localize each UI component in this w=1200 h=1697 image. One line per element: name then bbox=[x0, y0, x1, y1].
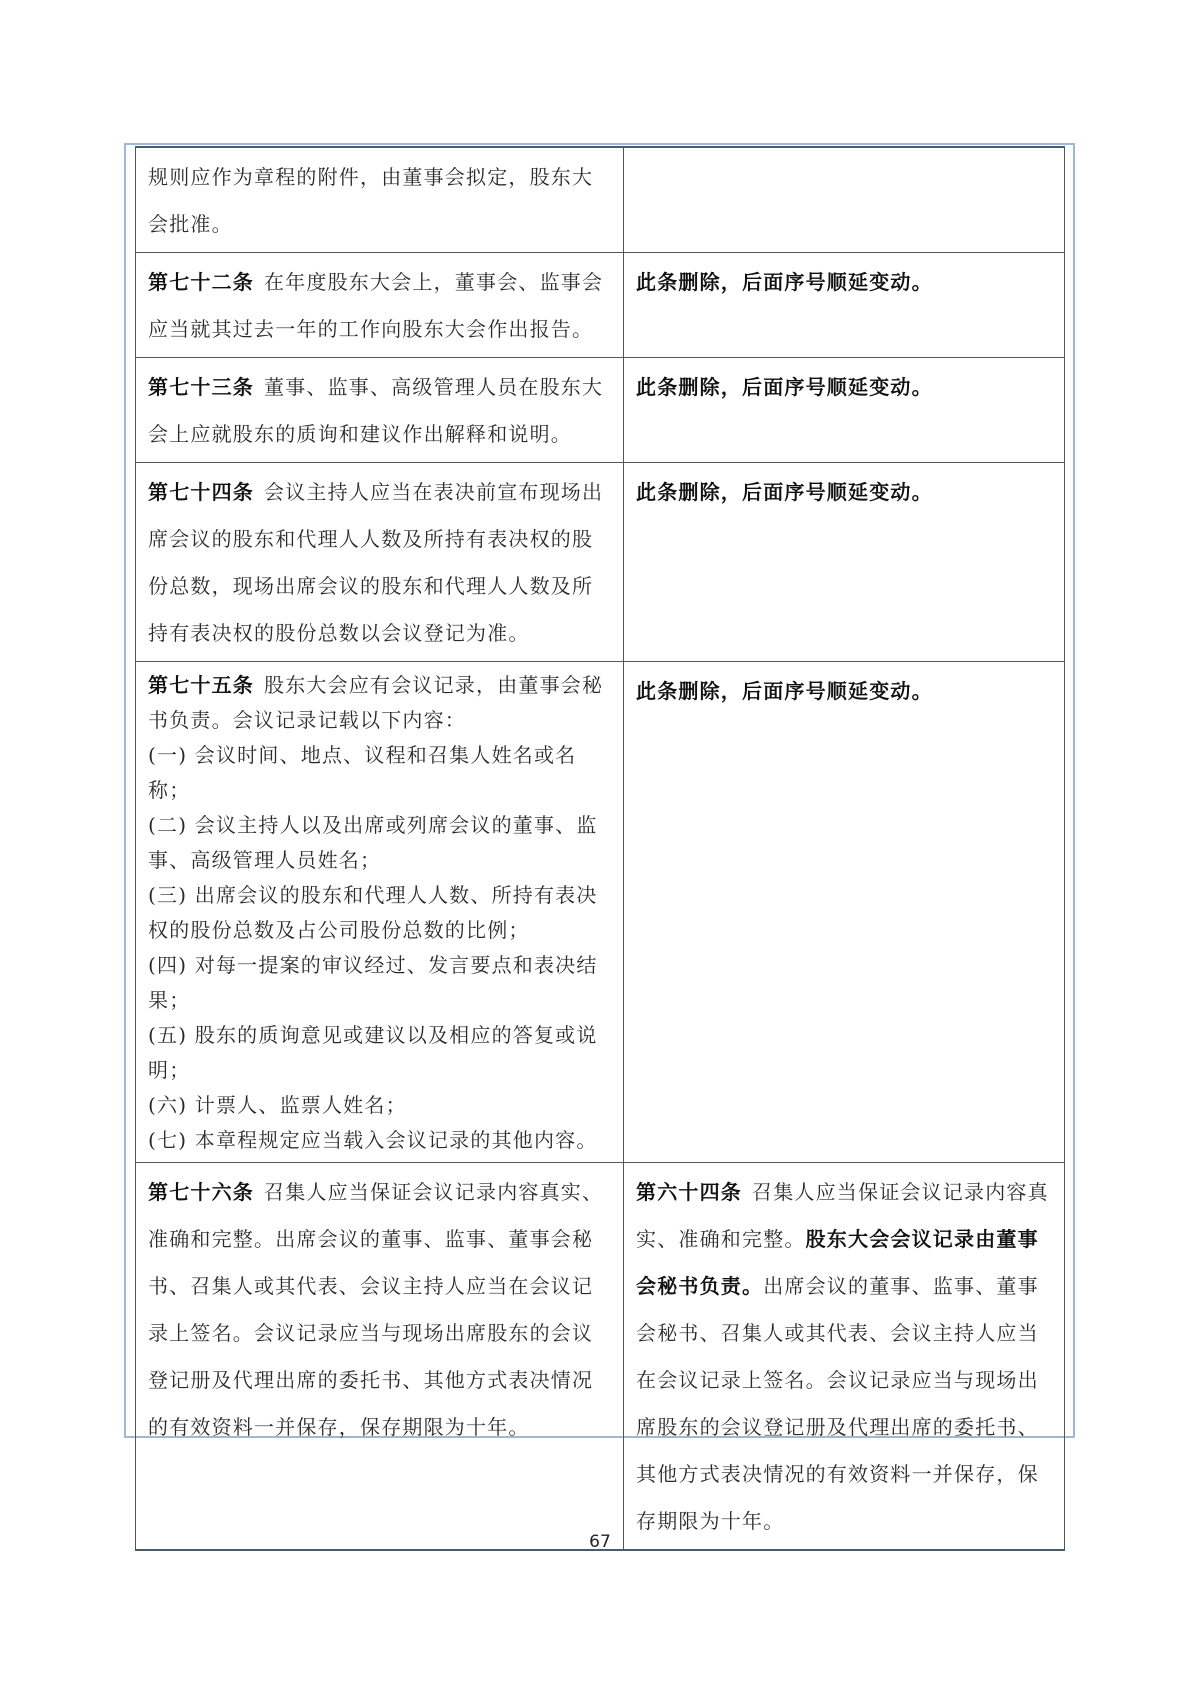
clause-text: 规则应作为章程的附件，由董事会拟定，股东大会批准。 bbox=[148, 165, 593, 236]
article-number: 第六十四条 bbox=[636, 1180, 742, 1204]
deletion-note: 此条删除，后面序号顺延变动。 bbox=[636, 480, 933, 504]
deletion-note: 此条删除，后面序号顺延变动。 bbox=[636, 270, 933, 294]
table-row: 第七十三条董事、监事、高级管理人员在股东大会上应就股东的质询和建议作出解释和说明… bbox=[136, 358, 1065, 463]
revised-clause-cell: 第六十四条召集人应当保证会议记录内容真实、准确和完整。股东大会会议记录由董事会秘… bbox=[624, 1163, 1065, 1551]
list-item: (一) 会议时间、地点、议程和召集人姓名或名称； bbox=[148, 738, 613, 808]
deletion-note: 此条删除，后面序号顺延变动。 bbox=[636, 679, 933, 703]
revised-clause-cell: 此条删除，后面序号顺延变动。 bbox=[624, 463, 1065, 662]
article-number: 第七十二条 bbox=[148, 270, 254, 294]
original-clause-cell: 规则应作为章程的附件，由董事会拟定，股东大会批准。 bbox=[136, 147, 624, 253]
clause-text: 召集人应当保证会议记录内容真实、准确和完整。出席会议的董事、监事、董事会秘书、召… bbox=[148, 1180, 603, 1439]
clause-text: 会议主持人应当在表决前宣布现场出席会议的股东和代理人人数及所持有表决权的股份总数… bbox=[148, 480, 603, 645]
article-number: 第七十五条 bbox=[148, 673, 254, 697]
original-clause-cell: 第七十三条董事、监事、高级管理人员在股东大会上应就股东的质询和建议作出解释和说明… bbox=[136, 358, 624, 463]
article-number: 第七十六条 bbox=[148, 1180, 254, 1204]
revised-clause-cell: 此条删除，后面序号顺延变动。 bbox=[624, 662, 1065, 1163]
table-row: 第七十五条股东大会应有会议记录，由董事会秘书负责。会议记录记载以下内容： (一)… bbox=[136, 662, 1065, 1163]
list-item: (五) 股东的质询意见或建议以及相应的答复或说明； bbox=[148, 1018, 613, 1088]
list-item: (四) 对每一提案的审议经过、发言要点和表决结果； bbox=[148, 948, 613, 1018]
original-clause-cell: 第七十五条股东大会应有会议记录，由董事会秘书负责。会议记录记载以下内容： (一)… bbox=[136, 662, 624, 1163]
list-item: (三) 出席会议的股东和代理人人数、所持有表决权的股份总数及占公司股份总数的比例… bbox=[148, 878, 613, 948]
page-number: 67 bbox=[0, 1532, 1200, 1552]
revised-clause-cell: 此条删除，后面序号顺延变动。 bbox=[624, 358, 1065, 463]
list-item: (二) 会议主持人以及出席或列席会议的董事、监事、高级管理人员姓名； bbox=[148, 808, 613, 878]
original-clause-cell: 第七十二条在年度股东大会上，董事会、监事会应当就其过去一年的工作向股东大会作出报… bbox=[136, 253, 624, 358]
article-number: 第七十四条 bbox=[148, 480, 254, 504]
comparison-table: 规则应作为章程的附件，由董事会拟定，股东大会批准。 第七十二条在年度股东大会上，… bbox=[135, 146, 1065, 1551]
original-clause-cell: 第七十六条召集人应当保证会议记录内容真实、准确和完整。出席会议的董事、监事、董事… bbox=[136, 1163, 624, 1551]
table-row: 第七十二条在年度股东大会上，董事会、监事会应当就其过去一年的工作向股东大会作出报… bbox=[136, 253, 1065, 358]
list-item: (六) 计票人、监票人姓名； bbox=[148, 1088, 613, 1123]
table-row: 规则应作为章程的附件，由董事会拟定，股东大会批准。 bbox=[136, 147, 1065, 253]
list-item: (七) 本章程规定应当载入会议记录的其他内容。 bbox=[148, 1123, 613, 1158]
revised-clause-cell: 此条删除，后面序号顺延变动。 bbox=[624, 253, 1065, 358]
article-number: 第七十三条 bbox=[148, 375, 254, 399]
table-row: 第七十六条召集人应当保证会议记录内容真实、准确和完整。出席会议的董事、监事、董事… bbox=[136, 1163, 1065, 1551]
original-clause-cell: 第七十四条会议主持人应当在表决前宣布现场出席会议的股东和代理人人数及所持有表决权… bbox=[136, 463, 624, 662]
table-row: 第七十四条会议主持人应当在表决前宣布现场出席会议的股东和代理人人数及所持有表决权… bbox=[136, 463, 1065, 662]
clause-text: 出席会议的董事、监事、董事会秘书、召集人或其代表、会议主持人应当在会议记录上签名… bbox=[636, 1274, 1039, 1533]
deletion-note: 此条删除，后面序号顺延变动。 bbox=[636, 375, 933, 399]
revised-clause-cell bbox=[624, 147, 1065, 253]
